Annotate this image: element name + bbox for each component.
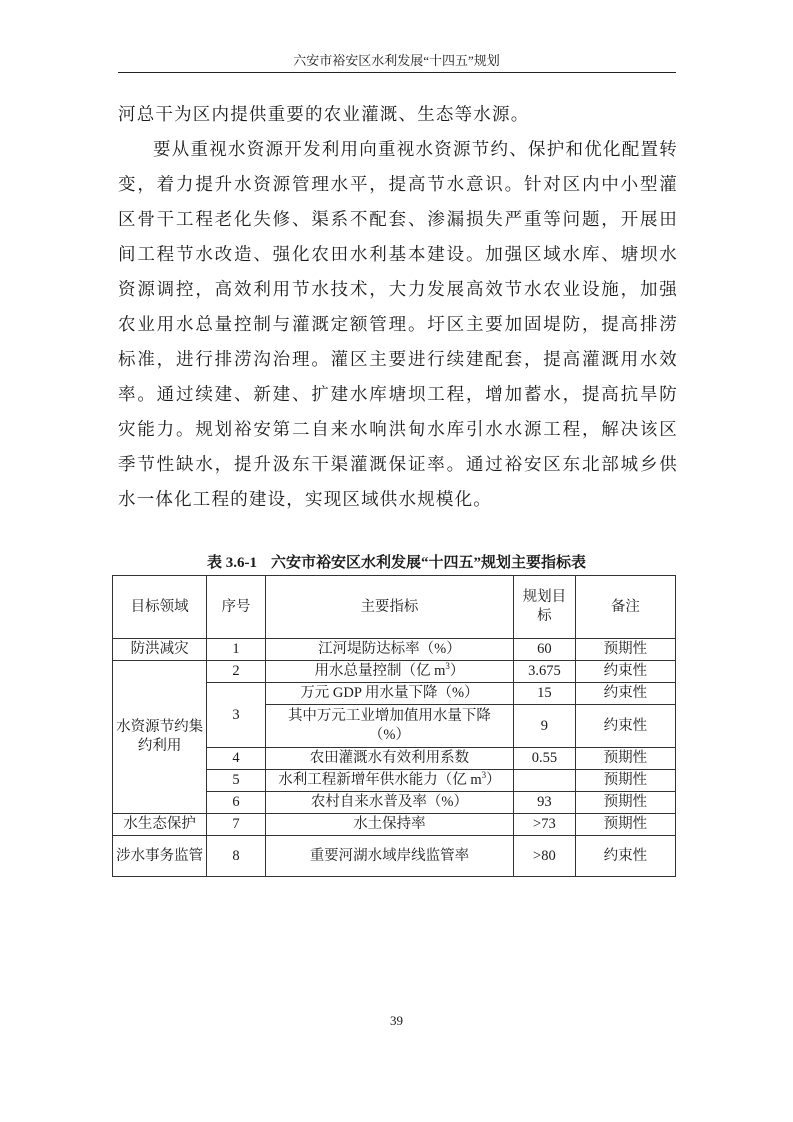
cell-no: 3 xyxy=(207,683,266,748)
indicator-text: 水利工程新增年供水能力（亿 m xyxy=(278,772,481,788)
cell-no: 7 xyxy=(207,814,266,836)
cell-indicator: 其中万元工业增加值用水量下降（%） xyxy=(265,705,513,748)
indicator-tail: ） xyxy=(450,663,465,679)
cell-target: >73 xyxy=(514,814,576,836)
table-title: 六安市裕安区水利发展“十四五”规划主要指标表 xyxy=(271,555,586,571)
cell-note: 约束性 xyxy=(575,661,675,683)
page-number: 39 xyxy=(0,1013,793,1029)
cell-domain: 水生态保护 xyxy=(113,814,207,836)
header-indicator: 主要指标 xyxy=(265,576,513,639)
cell-indicator: 重要河湖水域岸线监管率 xyxy=(265,836,513,877)
cell-indicator: 江河堤防达标率（%） xyxy=(265,639,513,661)
cell-note: 预期性 xyxy=(575,792,675,814)
cell-indicator: 水利工程新增年供水能力（亿 m3） xyxy=(265,770,513,792)
indicators-table: 目标领域 序号 主要指标 规划目标 备注 防洪减灾 1 江河堤防达标率（%） 6… xyxy=(112,575,676,877)
table-row: 水生态保护 7 水土保持率 >73 预期性 xyxy=(113,814,676,836)
header-rule xyxy=(118,72,676,73)
body-text: 河总干为区内提供重要的农业灌溉、生态等水源。 要从重视水资源开发利用向重视水资源… xyxy=(118,98,678,518)
running-header: 六安市裕安区水利发展“十四五”规划 xyxy=(0,50,793,69)
cell-target xyxy=(514,770,576,792)
table-number: 表 3.6-1 xyxy=(207,555,257,571)
cell-domain: 防洪减灾 xyxy=(113,639,207,661)
cell-domain: 水资源节约集约利用 xyxy=(113,661,207,814)
table-header-row: 目标领域 序号 主要指标 规划目标 备注 xyxy=(113,576,676,639)
cell-target: 0.55 xyxy=(514,748,576,770)
paragraph: 河总干为区内提供重要的农业灌溉、生态等水源。 xyxy=(118,98,678,133)
cell-target: 60 xyxy=(514,639,576,661)
cell-no: 5 xyxy=(207,770,266,792)
cell-indicator: 用水总量控制（亿 m3） xyxy=(265,661,513,683)
cell-indicator: 万元 GDP 用水量下降（%） xyxy=(265,683,513,705)
cell-note: 预期性 xyxy=(575,639,675,661)
table-row: 水资源节约集约利用 2 用水总量控制（亿 m3） 3.675 约束性 xyxy=(113,661,676,683)
cell-no: 8 xyxy=(207,836,266,877)
cell-note: 约束性 xyxy=(575,836,675,877)
cell-target: 15 xyxy=(514,683,576,705)
cell-target: 3.675 xyxy=(514,661,576,683)
cell-target: 9 xyxy=(514,705,576,748)
table-row: 防洪减灾 1 江河堤防达标率（%） 60 预期性 xyxy=(113,639,676,661)
cell-no: 2 xyxy=(207,661,266,683)
cell-indicator: 农田灌溉水有效利用系数 xyxy=(265,748,513,770)
cell-domain: 涉水事务监管 xyxy=(113,836,207,877)
cell-note: 约束性 xyxy=(575,705,675,748)
cell-no: 1 xyxy=(207,639,266,661)
table-caption: 表 3.6-1六安市裕安区水利发展“十四五”规划主要指标表 xyxy=(0,551,793,572)
header-domain: 目标领域 xyxy=(113,576,207,639)
paragraph: 要从重视水资源开发利用向重视水资源节约、保护和优化配置转变，着力提升水资源管理水… xyxy=(118,133,678,518)
indicator-text: 用水总量控制（亿 m xyxy=(314,663,445,679)
header-no: 序号 xyxy=(207,576,266,639)
cell-indicator: 农村自来水普及率（%） xyxy=(265,792,513,814)
cell-target: >80 xyxy=(514,836,576,877)
indicator-tail: ） xyxy=(486,772,501,788)
cell-target: 93 xyxy=(514,792,576,814)
cell-note: 预期性 xyxy=(575,770,675,792)
header-target: 规划目标 xyxy=(514,576,576,639)
cell-no: 4 xyxy=(207,748,266,770)
cell-indicator: 水土保持率 xyxy=(265,814,513,836)
header-note: 备注 xyxy=(575,576,675,639)
cell-no: 6 xyxy=(207,792,266,814)
cell-note: 预期性 xyxy=(575,814,675,836)
cell-note: 约束性 xyxy=(575,683,675,705)
cell-note: 预期性 xyxy=(575,748,675,770)
table-row: 涉水事务监管 8 重要河湖水域岸线监管率 >80 约束性 xyxy=(113,836,676,877)
